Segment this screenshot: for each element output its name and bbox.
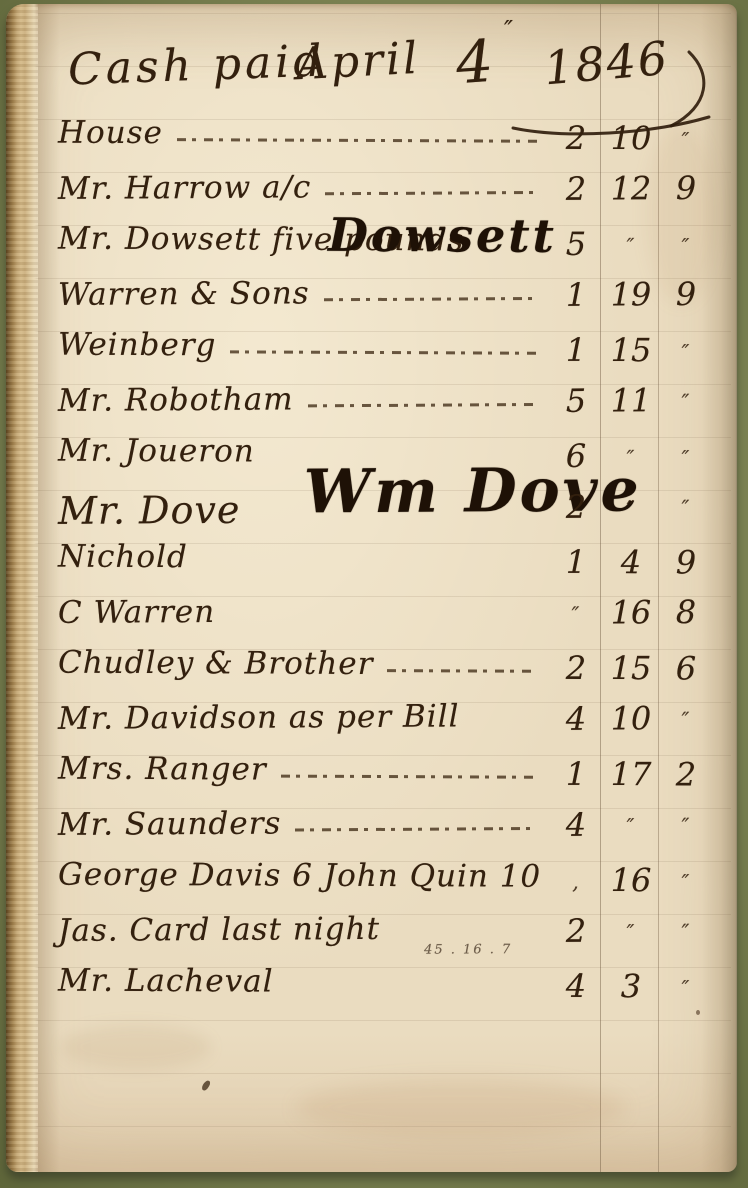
entry-shillings: ″ — [604, 225, 658, 258]
entry-name: Mrs. Ranger — [58, 751, 267, 788]
entry-name: Mr. Lacheval — [58, 963, 274, 1000]
ledger-row: Jas. Card last night 45 . 16 . 7 2 ″ ″ — [6, 909, 737, 959]
entry-name-line: House — [58, 115, 541, 153]
entry-name: House — [58, 115, 163, 151]
entry-name-line: Mr. Harrow a/c — [58, 168, 541, 207]
ledger-page: Cash paid April 4 ″ 1846 House 2 10 ″ Mr… — [6, 4, 737, 1172]
entry-pounds: 1 — [552, 543, 600, 581]
ledger-rows: House 2 10 ″ Mr. Harrow a/c 2 12 9 Mr. D… — [6, 4, 737, 1172]
entry-pence: ″ — [660, 225, 712, 258]
entry-pounds: 2 — [552, 170, 600, 208]
entry-pence: ″ — [660, 437, 712, 470]
entry-shillings: 10 — [604, 119, 658, 157]
entry-dash-trail — [230, 350, 537, 354]
ledger-row: Mr. Dowsett five pounds Dowsett 5 ″ ″ — [6, 220, 737, 269]
entry-name-line: Mr. Robotham — [58, 380, 541, 419]
entry-name: Weinberg — [58, 327, 217, 364]
entry-pounds: 1 — [552, 331, 600, 369]
ledger-row: Mrs. Ranger 1 17 2 — [6, 750, 737, 799]
entry-shillings: 15 — [604, 649, 658, 687]
entry-shillings: 12 — [604, 169, 658, 207]
entry-shillings: ″ — [604, 911, 658, 944]
entry-pounds: 4 — [552, 806, 600, 844]
ledger-row: Weinberg 1 15 ″ — [6, 326, 737, 375]
entry-name: Mr. Joueron — [58, 433, 255, 470]
ledger-row: Mr. Saunders 4 ″ ″ — [6, 803, 737, 853]
entry-pence: 9 — [660, 543, 712, 581]
photo-background: Cash paid April 4 ″ 1846 House 2 10 ″ Mr… — [0, 0, 748, 1188]
entry-name: Mr. Harrow a/c — [58, 169, 312, 207]
entry-pounds: 2 — [552, 912, 600, 950]
entry-shillings: 16 — [604, 593, 658, 631]
entry-name-line: C Warren — [58, 592, 541, 631]
entry-shillings: ″ — [604, 805, 658, 838]
entry-shillings: 19 — [604, 275, 658, 313]
entry-shillings: 3 — [604, 967, 658, 1005]
entry-pounds: 5 — [552, 225, 600, 263]
entry-pence: 8 — [660, 593, 712, 631]
ledger-row: C Warren ″ 16 8 — [6, 591, 737, 641]
ledger-row: Chudley & Brother 2 15 6 — [6, 644, 737, 693]
entry-shillings: 11 — [604, 381, 658, 419]
entry-dash-trail — [325, 191, 537, 195]
entry-name: Mr. Davidson as per Bill — [58, 698, 460, 736]
entry-pence: ″ — [660, 381, 712, 414]
entry-name-line: Nichold — [58, 539, 541, 577]
entry-pounds: 1 — [552, 276, 600, 314]
entry-pounds: ″ — [552, 594, 600, 627]
entry-pence: ″ — [660, 805, 712, 838]
entry-overlay-signature: Dowsett — [328, 208, 557, 263]
entry-pencil-note: 45 . 16 . 7 — [424, 942, 512, 958]
entry-pounds: 4 — [552, 967, 600, 1005]
entry-pence: 9 — [660, 275, 712, 313]
entry-name: Mr. Saunders — [58, 806, 282, 843]
ledger-row: Mr. Lacheval 4 3 ″ — [6, 962, 737, 1011]
entry-shillings: 15 — [604, 331, 658, 369]
entry-dash-trail — [177, 138, 537, 143]
entry-pounds: 2 — [552, 119, 600, 157]
entry-pence: ″ — [660, 911, 712, 944]
entry-pence: ″ — [660, 119, 712, 152]
entry-pence: ″ — [660, 331, 712, 364]
entry-pounds: 1 — [552, 755, 600, 793]
entry-pounds: 2 — [552, 649, 600, 687]
entry-name: Warren & Sons — [58, 275, 310, 313]
entry-shillings: 16 — [604, 861, 658, 899]
ledger-row: Warren & Sons 1 19 9 — [6, 273, 737, 323]
entry-name: Chudley & Brother — [58, 645, 374, 682]
entry-pounds: , — [552, 861, 600, 894]
entry-shillings: ″ — [604, 487, 658, 520]
entry-dash-trail — [295, 827, 537, 831]
entry-pence: ″ — [660, 967, 712, 1000]
entry-name: Jas. Card last night — [58, 911, 380, 949]
entry-pence: ″ — [660, 861, 712, 894]
entry-dash-trail — [281, 775, 537, 779]
entry-dash-trail — [308, 403, 537, 407]
entry-name-line: Mr. Lacheval — [58, 963, 541, 1001]
entry-shillings: 4 — [604, 543, 658, 581]
entry-name-line: Weinberg — [58, 327, 541, 365]
entry-name: Mr. Dove — [58, 488, 241, 533]
entry-pence: 2 — [660, 755, 712, 793]
entry-name: C Warren — [58, 594, 215, 631]
entry-name-line: Mrs. Ranger — [58, 751, 541, 789]
entry-pence: 9 — [660, 169, 712, 207]
entry-pounds: 5 — [552, 382, 600, 420]
entry-pounds: 4 — [552, 700, 600, 738]
ledger-row: George Davis 6 John Quin 10 , 16 ″ — [6, 856, 737, 905]
entry-name: Mr. Robotham — [58, 381, 294, 418]
entry-pounds: 2 — [552, 488, 600, 526]
entry-pence: ″ — [660, 699, 712, 732]
entry-dash-trail — [324, 297, 537, 301]
ledger-row: House 2 10 ″ — [6, 114, 737, 163]
ledger-row: Nichold 1 4 9 — [6, 538, 737, 587]
entry-name-line: George Davis 6 John Quin 10 — [58, 857, 541, 895]
entry-shillings: 17 — [604, 755, 658, 793]
entry-name-line: Chudley & Brother — [58, 645, 541, 683]
entry-name-line: Mr. Davidson as per Bill — [58, 698, 541, 737]
entry-dash-trail — [387, 669, 537, 673]
entry-pence: ″ — [660, 487, 712, 520]
entry-name: George Davis 6 John Quin 10 — [58, 857, 541, 895]
entry-name-line: Warren & Sons — [58, 274, 541, 313]
ledger-row: Mr. Dove Wm Dove 2 ″ ″ — [6, 485, 737, 535]
ledger-row: Mr. Robotham 5 11 ″ — [6, 379, 737, 429]
entry-name: Nichold — [58, 539, 188, 576]
entry-shillings: 10 — [604, 699, 658, 737]
entry-pence: 6 — [660, 649, 712, 687]
ledger-row: Mr. Davidson as per Bill 4 10 ″ — [6, 697, 737, 747]
entry-name-line: Mr. Saunders — [58, 804, 541, 843]
